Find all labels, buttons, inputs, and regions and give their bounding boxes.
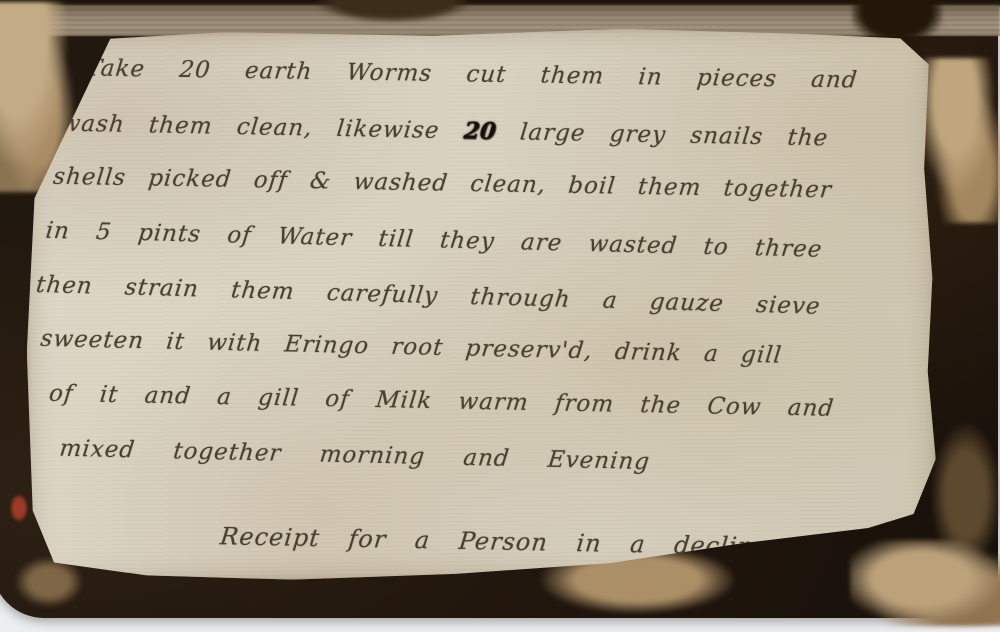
manuscript-paper-page: Take 20 earth Worms cut them in pieces a… bbox=[24, 26, 937, 582]
handwriting-line-7: of it and a gill of Milk warm from the C… bbox=[48, 381, 836, 422]
handwriting-line-8: mixed together morning and Evening bbox=[58, 436, 651, 475]
handwriting-line-2: wash them clean, likewise 20 large grey … bbox=[59, 110, 829, 152]
handwriting-line-6: sweeten it with Eringo root preserv'd, d… bbox=[39, 326, 783, 369]
red-paint-mark bbox=[10, 494, 28, 522]
leather-wear-patch-bottom-right bbox=[850, 540, 1000, 626]
handwriting-line-1: Take 20 earth Worms cut them in pieces a… bbox=[85, 55, 859, 93]
handwriting-line-2-post: large grey snails the bbox=[519, 119, 830, 151]
leather-wear-patch-right-top bbox=[922, 58, 1000, 223]
photo-background: Take 20 earth Worms cut them in pieces a… bbox=[0, 0, 1000, 632]
handwriting-line-4: in 5 pints of Water till they are wasted… bbox=[44, 218, 824, 263]
handwriting-line-3: shells picked off & washed clean, boil t… bbox=[52, 164, 833, 204]
page-edges-band bbox=[0, 5, 1000, 36]
handwriting-line-5: then strain them carefully through a gau… bbox=[35, 272, 822, 320]
leather-blob-top-center bbox=[318, 0, 468, 22]
handwriting-line-2-pre: wash them clean, likewise bbox=[59, 111, 441, 144]
inked-over-number: 20 bbox=[462, 117, 497, 145]
